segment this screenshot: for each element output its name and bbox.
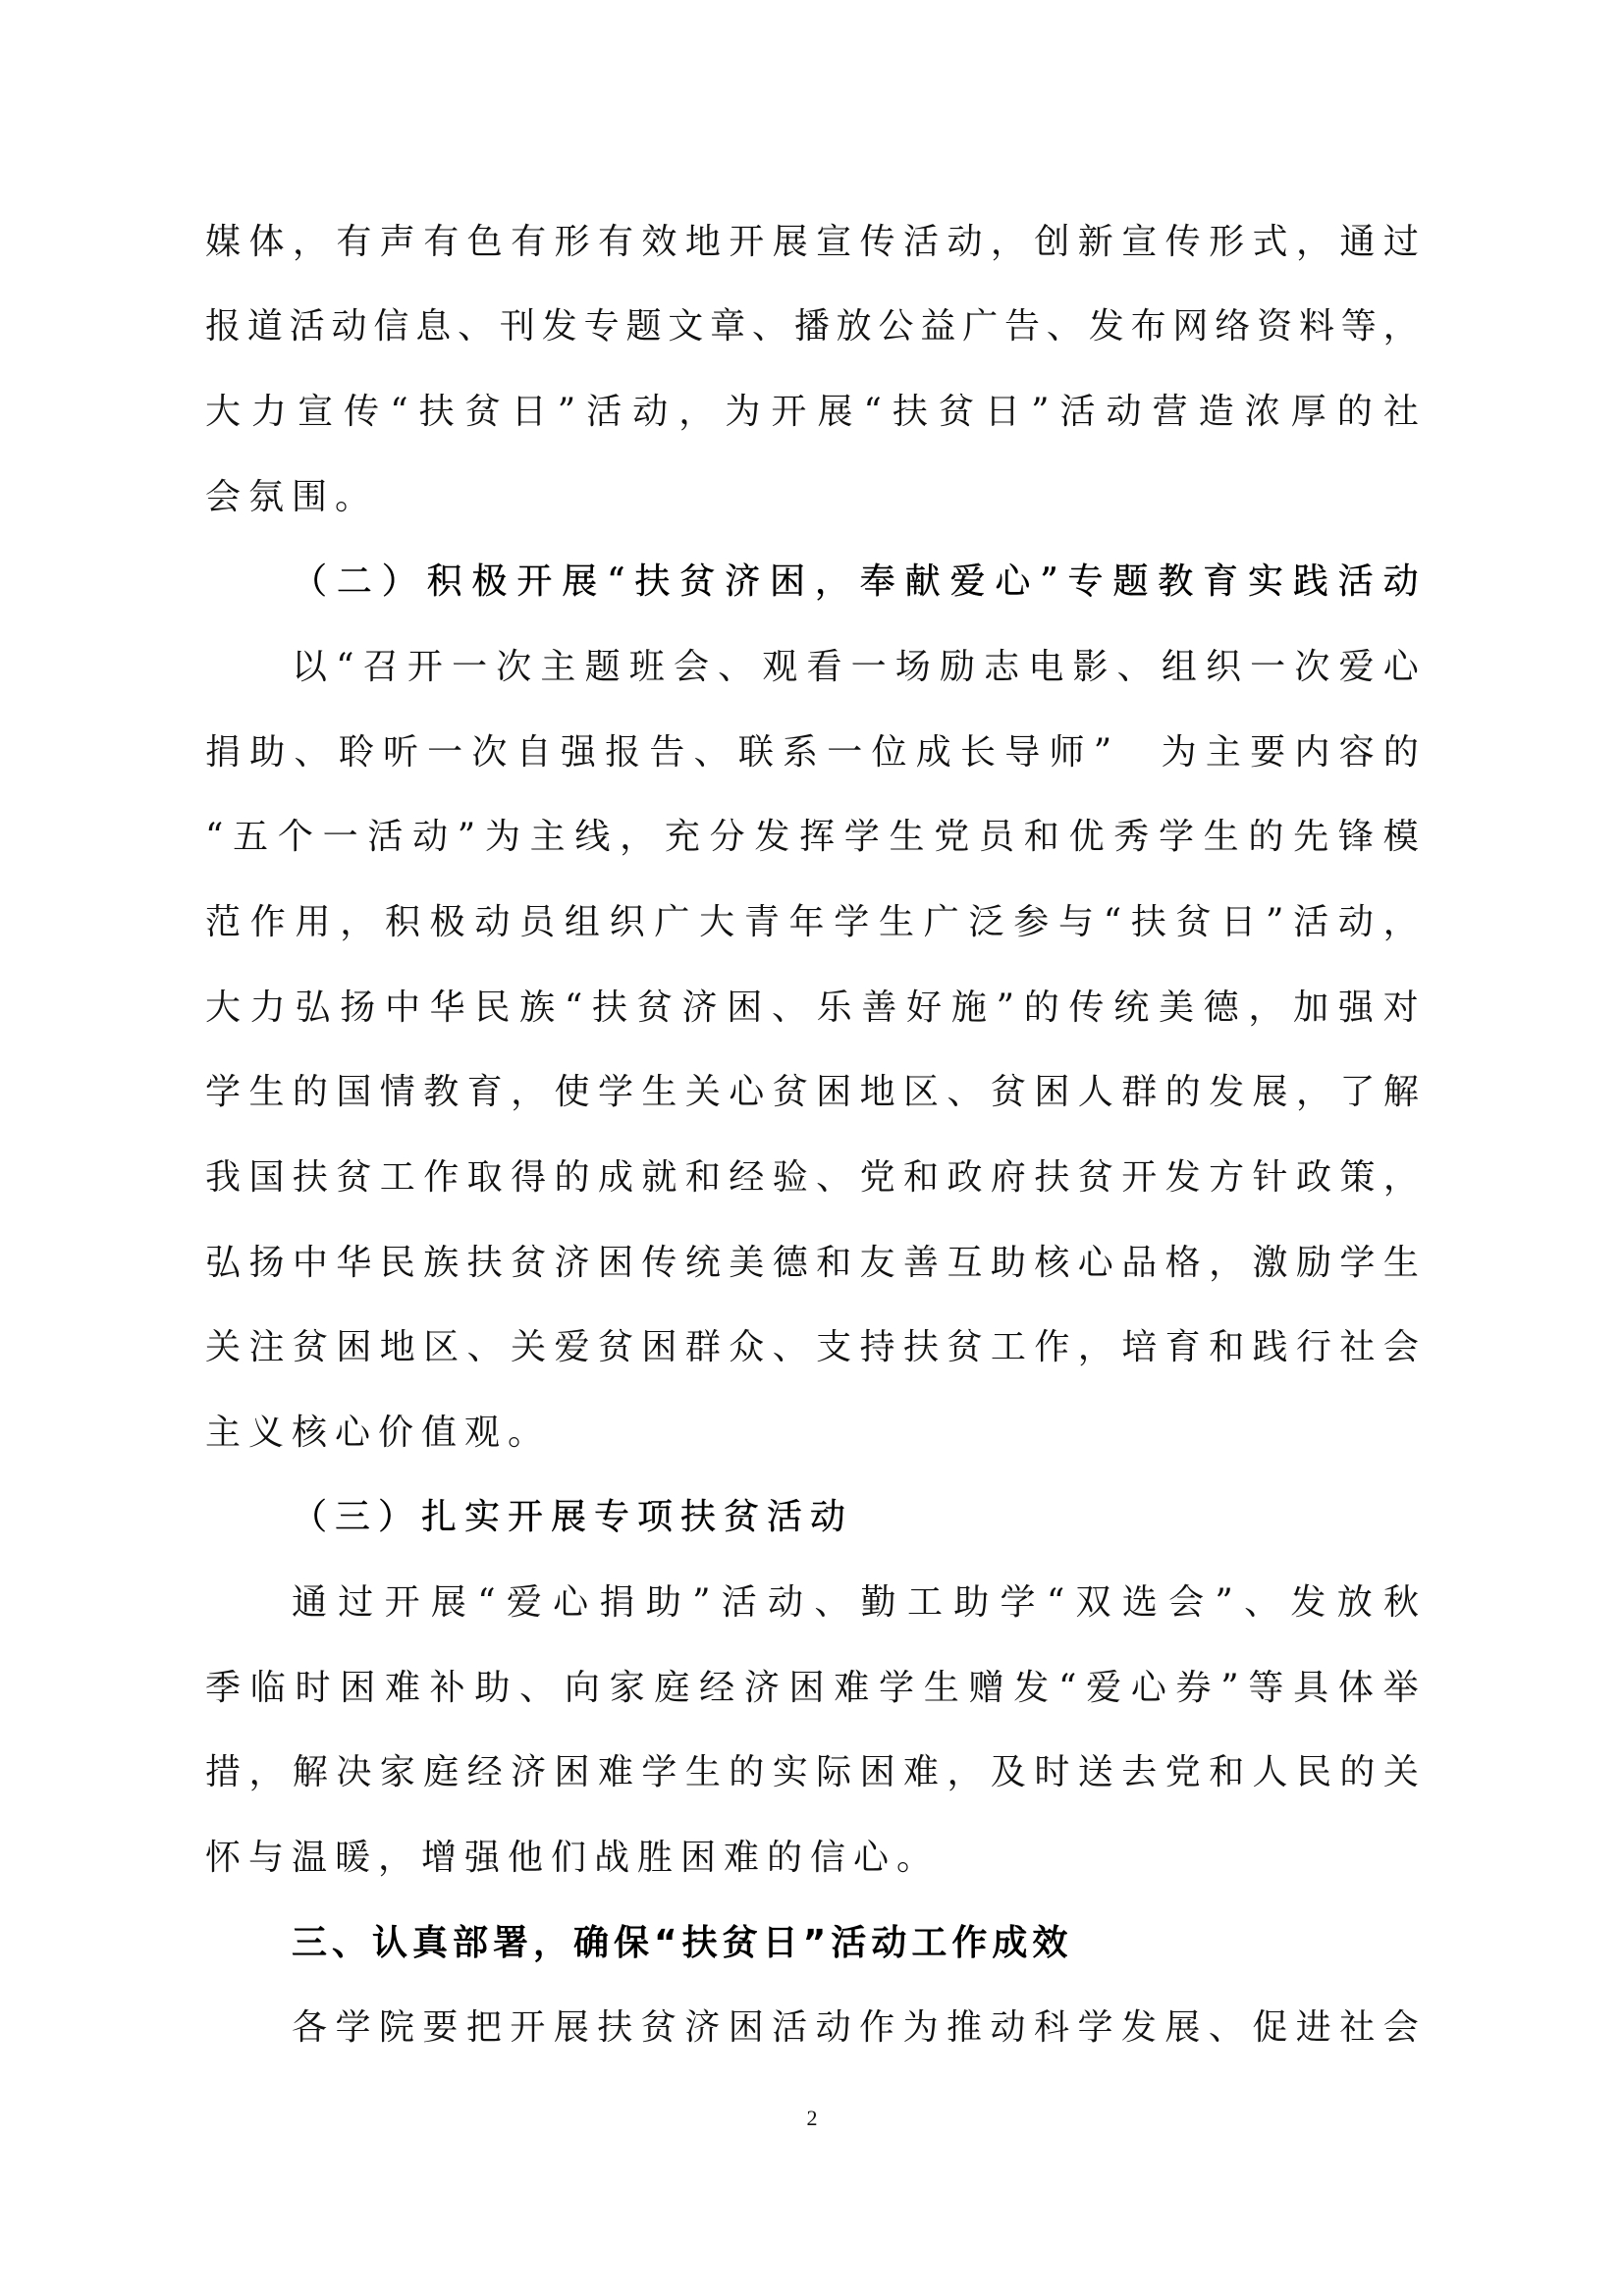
paragraph-line: 我国扶贫工作取得的成就和经验、党和政府扶贫开发方针政策，: [205, 1156, 1419, 1200]
paragraph-line: 弘扬中华民族扶贫济困传统美德和友善互助核心品格，激励学生: [205, 1242, 1419, 1285]
paragraph-line: 主义核心价值观。: [205, 1412, 1419, 1455]
paragraph-line: 季临时困难补助、向家庭经济困难学生赠发“爱心券”等具体举: [205, 1667, 1419, 1710]
paragraph-line: 报道活动信息、刊发专题文章、播放公益广告、发布网络资料等，: [205, 305, 1419, 348]
document-page: 媒体，有声有色有形有效地开展宣传活动，创新宣传形式，通过 报道活动信息、刊发专题…: [0, 0, 1624, 2296]
subsection-heading: （三）扎实开展专项扶贫活动: [292, 1496, 853, 1539]
paragraph-line: 范作用，积极动员组织广大青年学生广泛参与“扶贫日”活动，: [205, 901, 1419, 944]
paragraph-line: 关注贫困地区、关爱贫困群众、支持扶贫工作，培育和践行社会: [205, 1326, 1419, 1369]
section-heading: 三、认真部署，确保“扶贫日”活动工作成效: [292, 1922, 1072, 1965]
paragraph-line: 大力弘扬中华民族“扶贫济困、乐善好施”的传统美德，加强对: [205, 987, 1419, 1030]
paragraph-line: 捐助、聆听一次自强报告、联系一位成长导师” 为主要内容的: [205, 731, 1419, 774]
subsection-heading: （二）积极开展“扶贫济困，奉献爱心”专题教育实践活动: [292, 561, 1419, 604]
paragraph-line: 通过开展“爱心捐助”活动、勤工助学“双选会”、发放秋: [292, 1581, 1419, 1625]
paragraph-line: 各学院要把开展扶贫济困活动作为推动科学发展、促进社会: [292, 2006, 1419, 2050]
paragraph-line: 怀与温暖，增强他们战胜困难的信心。: [205, 1837, 1419, 1880]
paragraph-line: 会氛围。: [205, 476, 1419, 519]
page-number: 2: [802, 2106, 822, 2131]
paragraph-line: “五个一活动”为主线，充分发挥学生党员和优秀学生的先锋模: [205, 816, 1419, 859]
paragraph-line: 以“召开一次主题班会、观看一场励志电影、组织一次爱心: [292, 646, 1419, 689]
paragraph-line: 措，解决家庭经济困难学生的实际困难，及时送去党和人民的关: [205, 1751, 1419, 1794]
paragraph-line: 媒体，有声有色有形有效地开展宣传活动，创新宣传形式，通过: [205, 221, 1419, 264]
paragraph-line: 学生的国情教育，使学生关心贫困地区、贫困人群的发展，了解: [205, 1071, 1419, 1114]
paragraph-line: 大力宣传“扶贫日”活动，为开展“扶贫日”活动营造浓厚的社: [205, 391, 1419, 434]
